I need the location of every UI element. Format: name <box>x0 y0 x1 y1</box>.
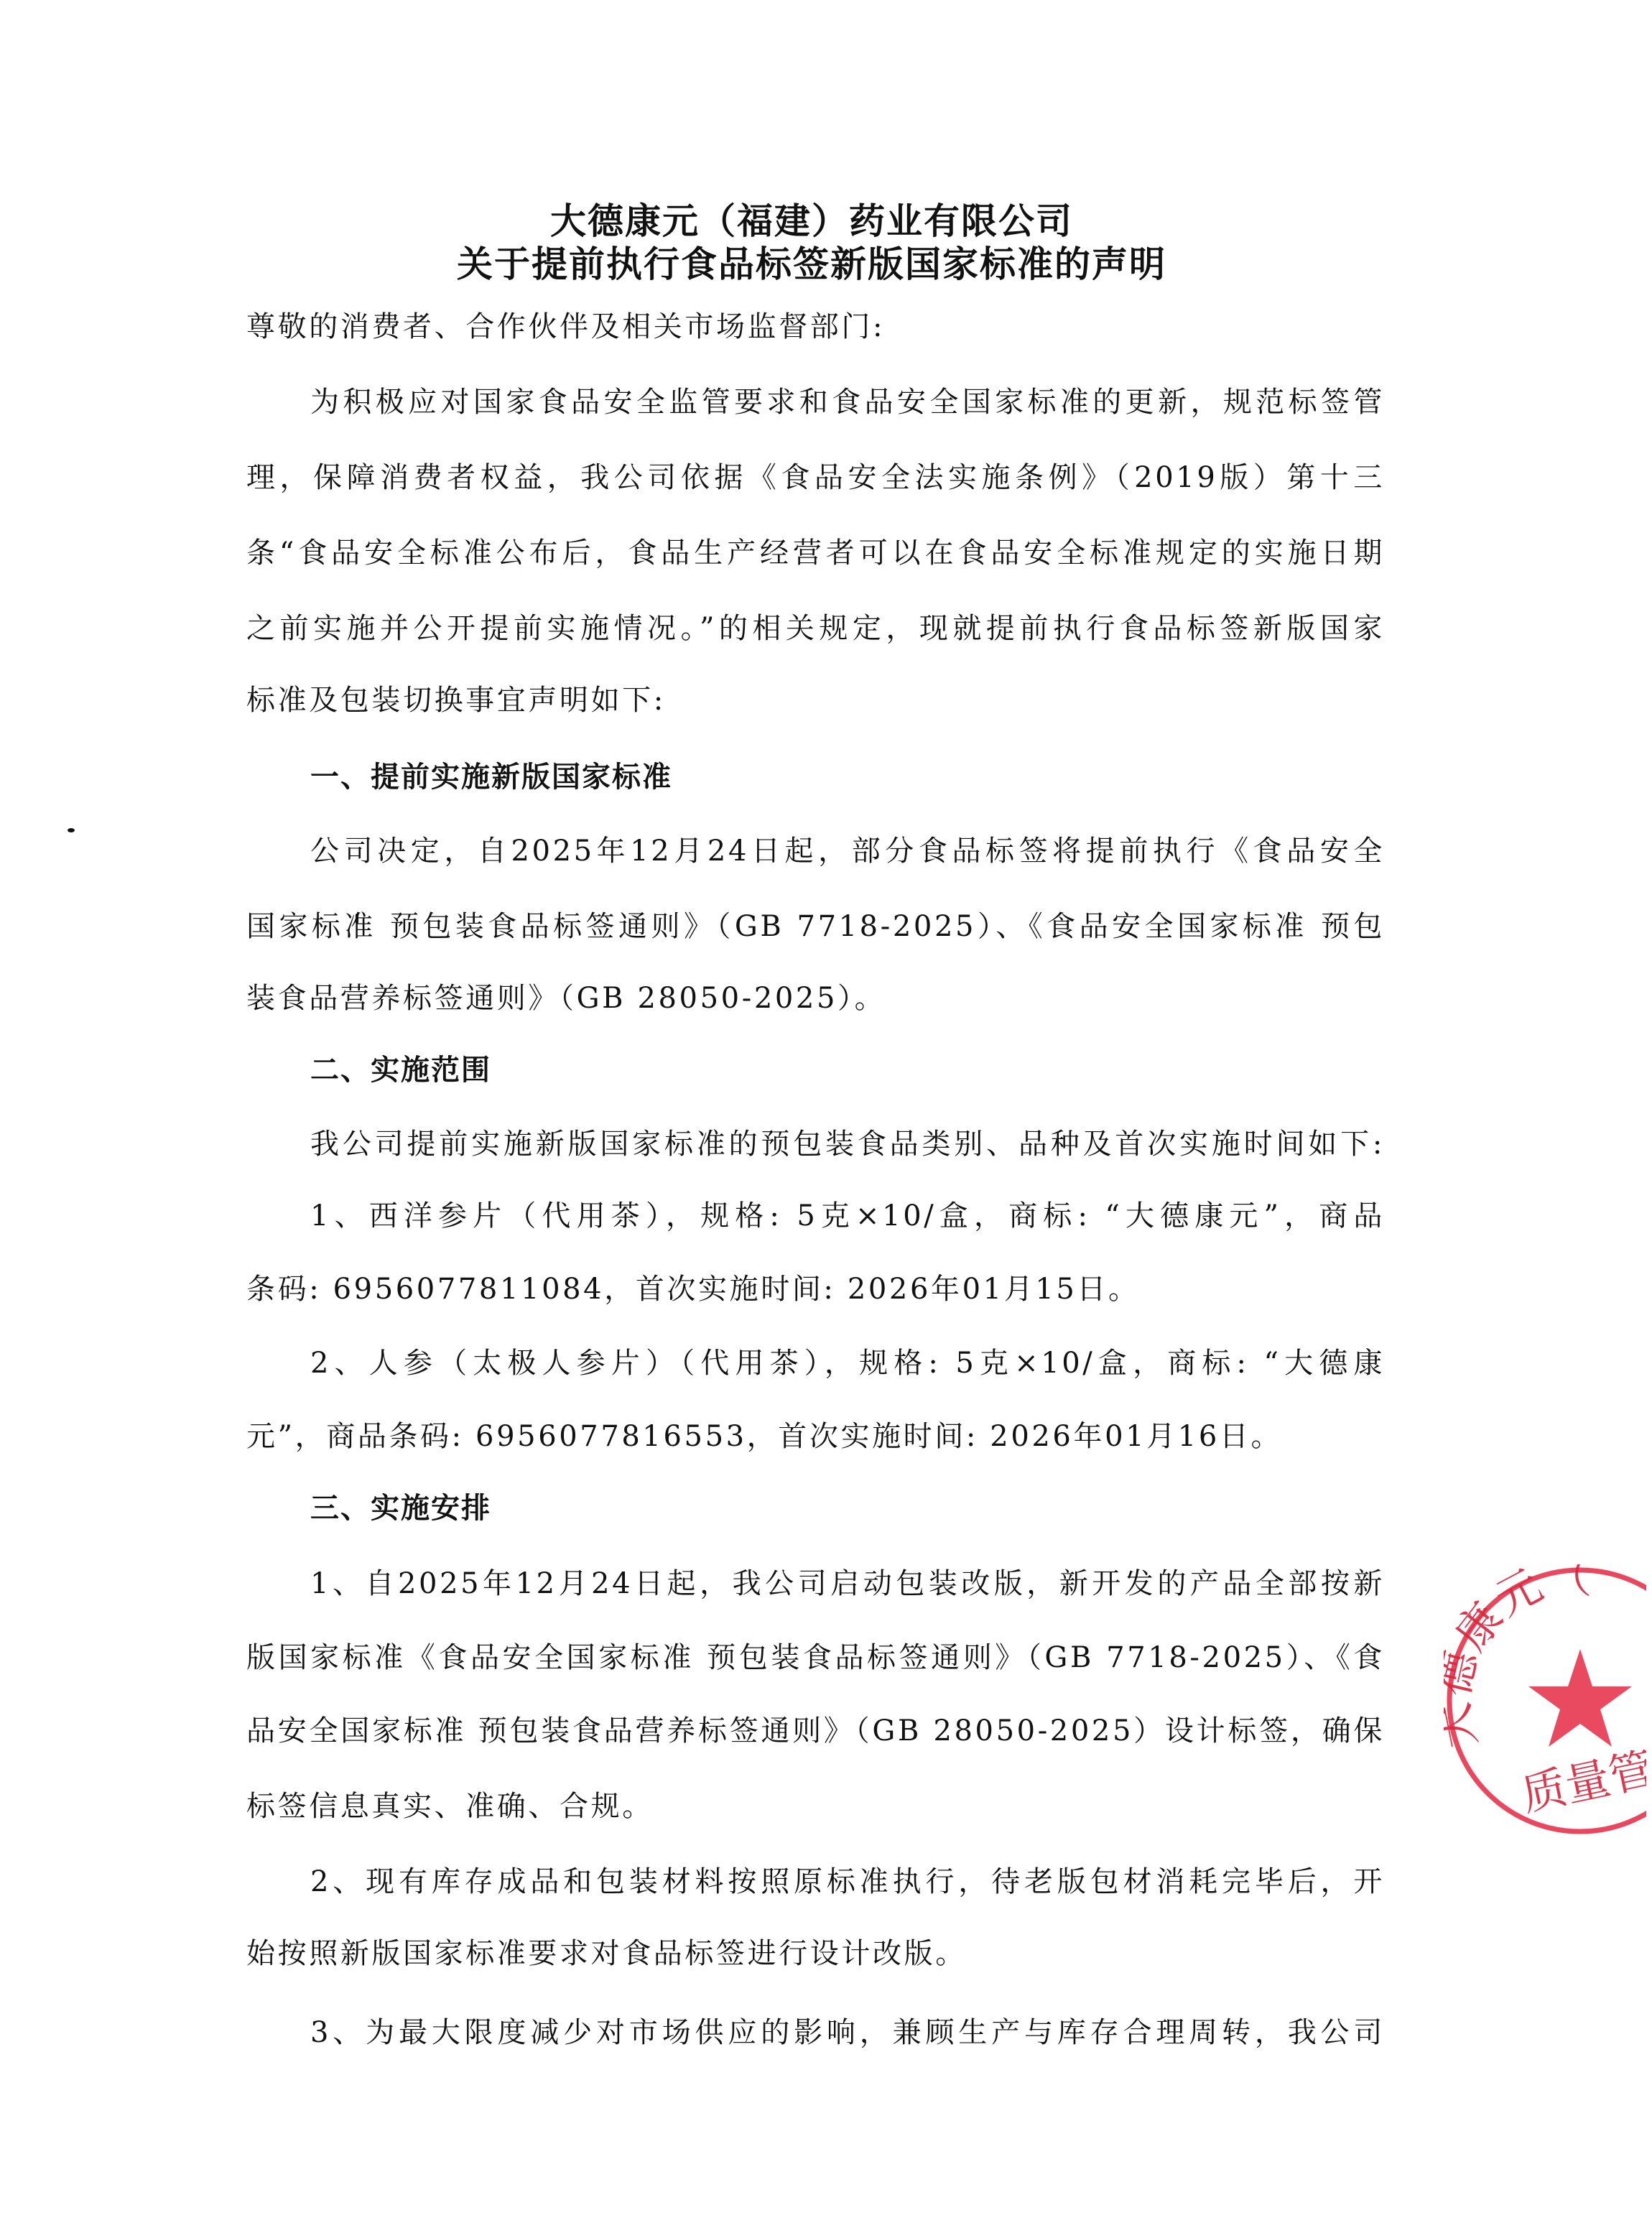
section-heading-1: 一、提前实施新版国家标准 <box>310 756 672 799</box>
section-3-line: 2、现有库存成品和包装材料按照原标准执行，待老版包材消耗完毕后，开 <box>310 1860 1385 1903</box>
section-heading-3: 三、实施安排 <box>310 1487 491 1530</box>
section-3-line: 标签信息真实、准确、合规。 <box>246 1785 1385 1828</box>
product-1-line: 条码: 6956077811084，首次实施时间: 2026年01月15日。 <box>246 1268 1385 1311</box>
document-title-subject: 关于提前执行食品标签新版国家标准的声明 <box>0 243 1623 286</box>
seal-text-bottom: 质量管 <box>1517 1742 1646 1821</box>
section-3-line: 3、为最大限度减少对市场供应的影响，兼顾生产与库存合理周转，我公司 <box>310 2011 1385 2054</box>
scan-speck <box>356 914 358 924</box>
intro-line: 条“食品安全标准公布后，食品生产经营者可以在食品安全标准规定的实施日期 <box>246 531 1385 575</box>
section-3-line: 品安全国家标准 预包装食品营养标签通则》（GB 28050-2025）设计标签，… <box>246 1709 1385 1752</box>
document-title-company: 大德康元（福建）药业有限公司 <box>0 200 1623 243</box>
intro-line: 理，保障消费者权益，我公司依据《食品安全法实施条例》（2019版）第十三 <box>246 456 1385 499</box>
section-1-line: 装食品营养标签通则》（GB 28050-2025）。 <box>246 977 1385 1020</box>
intro-line: 为积极应对国家食品安全监管要求和食品安全国家标准的更新，规范标签管 <box>310 381 1385 424</box>
scan-speck <box>68 828 75 832</box>
seal-text-top: 大德康元（福 <box>1444 1564 1594 1752</box>
section-3-line: 版国家标准《食品安全国家标准 预包装食品标签通则》（GB 7718-2025）、… <box>246 1636 1385 1679</box>
company-seal-icon: 大德康元（福 质量管 <box>1444 1564 1646 1837</box>
section-2-line: 我公司提前实施新版国家标准的预包装食品类别、品种及首次实施时间如下: <box>310 1123 1385 1166</box>
section-3-line: 始按照新版国家标准要求对食品标签进行设计改版。 <box>246 1932 1385 1975</box>
section-1-line: 国家标准 预包装食品标签通则》（GB 7718-2025）、《食品安全国家标准 … <box>246 905 1385 948</box>
section-3-line: 1、自2025年12月24日起，我公司启动包装改版，新开发的产品全部按新 <box>310 1562 1385 1605</box>
product-2-line: 元”，商品条码: 6956077816553，首次实施时间: 2026年01月1… <box>246 1415 1385 1458</box>
section-1-line: 公司决定，自2025年12月24日起，部分食品标签将提前执行《食品安全 <box>310 830 1385 873</box>
product-2-line: 2、人参（太极人参片）（代用茶），规格: 5克×10/盒，商标: “大德康 <box>310 1342 1385 1385</box>
intro-line: 标准及包装切换事宜声明如下: <box>246 679 1385 722</box>
section-heading-2: 二、实施范围 <box>310 1049 491 1092</box>
document-page: 大德康元（福建）药业有限公司 关于提前执行食品标签新版国家标准的声明 尊敬的消费… <box>0 0 1652 2233</box>
intro-line: 之前实施并公开提前实施情况。”的相关规定，现就提前执行食品标签新版国家 <box>246 607 1385 650</box>
salutation: 尊敬的消费者、合作伙伴及相关市场监督部门: <box>246 305 1385 348</box>
product-1-line: 1、西洋参片（代用茶），规格: 5克×10/盒，商标: “大德康元”，商品 <box>310 1194 1385 1238</box>
svg-text:大德康元（福: 大德康元（福 <box>1444 1564 1594 1752</box>
